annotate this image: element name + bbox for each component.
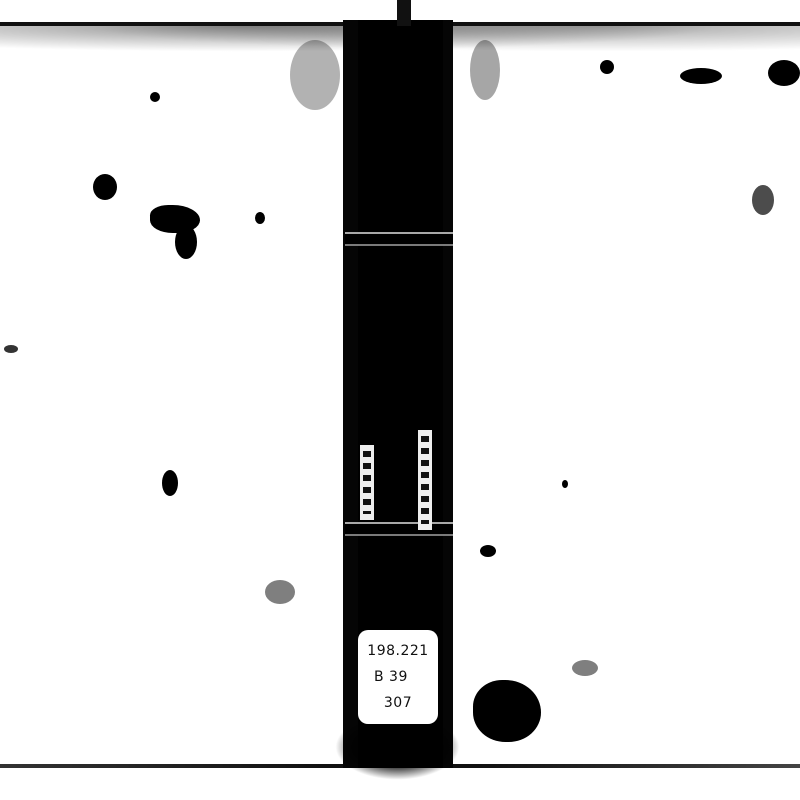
call-number-label: 198.221 B 39 307 <box>358 630 438 724</box>
stain <box>255 212 265 224</box>
stain <box>93 174 117 200</box>
stain <box>150 92 160 102</box>
stain <box>600 60 614 74</box>
stain <box>752 185 774 215</box>
frayed-spine-tail <box>335 725 460 780</box>
stain <box>162 470 178 496</box>
stain <box>680 68 722 84</box>
stain <box>175 225 197 259</box>
stain <box>572 660 598 676</box>
stain <box>562 480 568 488</box>
call-number-class: 198.221 <box>367 643 428 659</box>
spine-text-fragment-right <box>418 430 432 530</box>
stain <box>768 60 800 86</box>
stain <box>265 580 295 604</box>
spine-text-fragment-left <box>360 445 374 520</box>
stain <box>473 680 541 742</box>
spine-headcap <box>397 0 411 26</box>
stain <box>480 545 496 557</box>
call-number-cutter: B 39 <box>374 669 408 685</box>
book-scan: 198.221 B 39 307 <box>0 0 800 800</box>
stain <box>4 345 18 353</box>
spine-band-upper <box>345 232 453 246</box>
stain <box>470 40 500 100</box>
call-number-item: 307 <box>384 695 412 711</box>
spine-band-lower <box>345 522 453 536</box>
stain <box>290 40 340 110</box>
